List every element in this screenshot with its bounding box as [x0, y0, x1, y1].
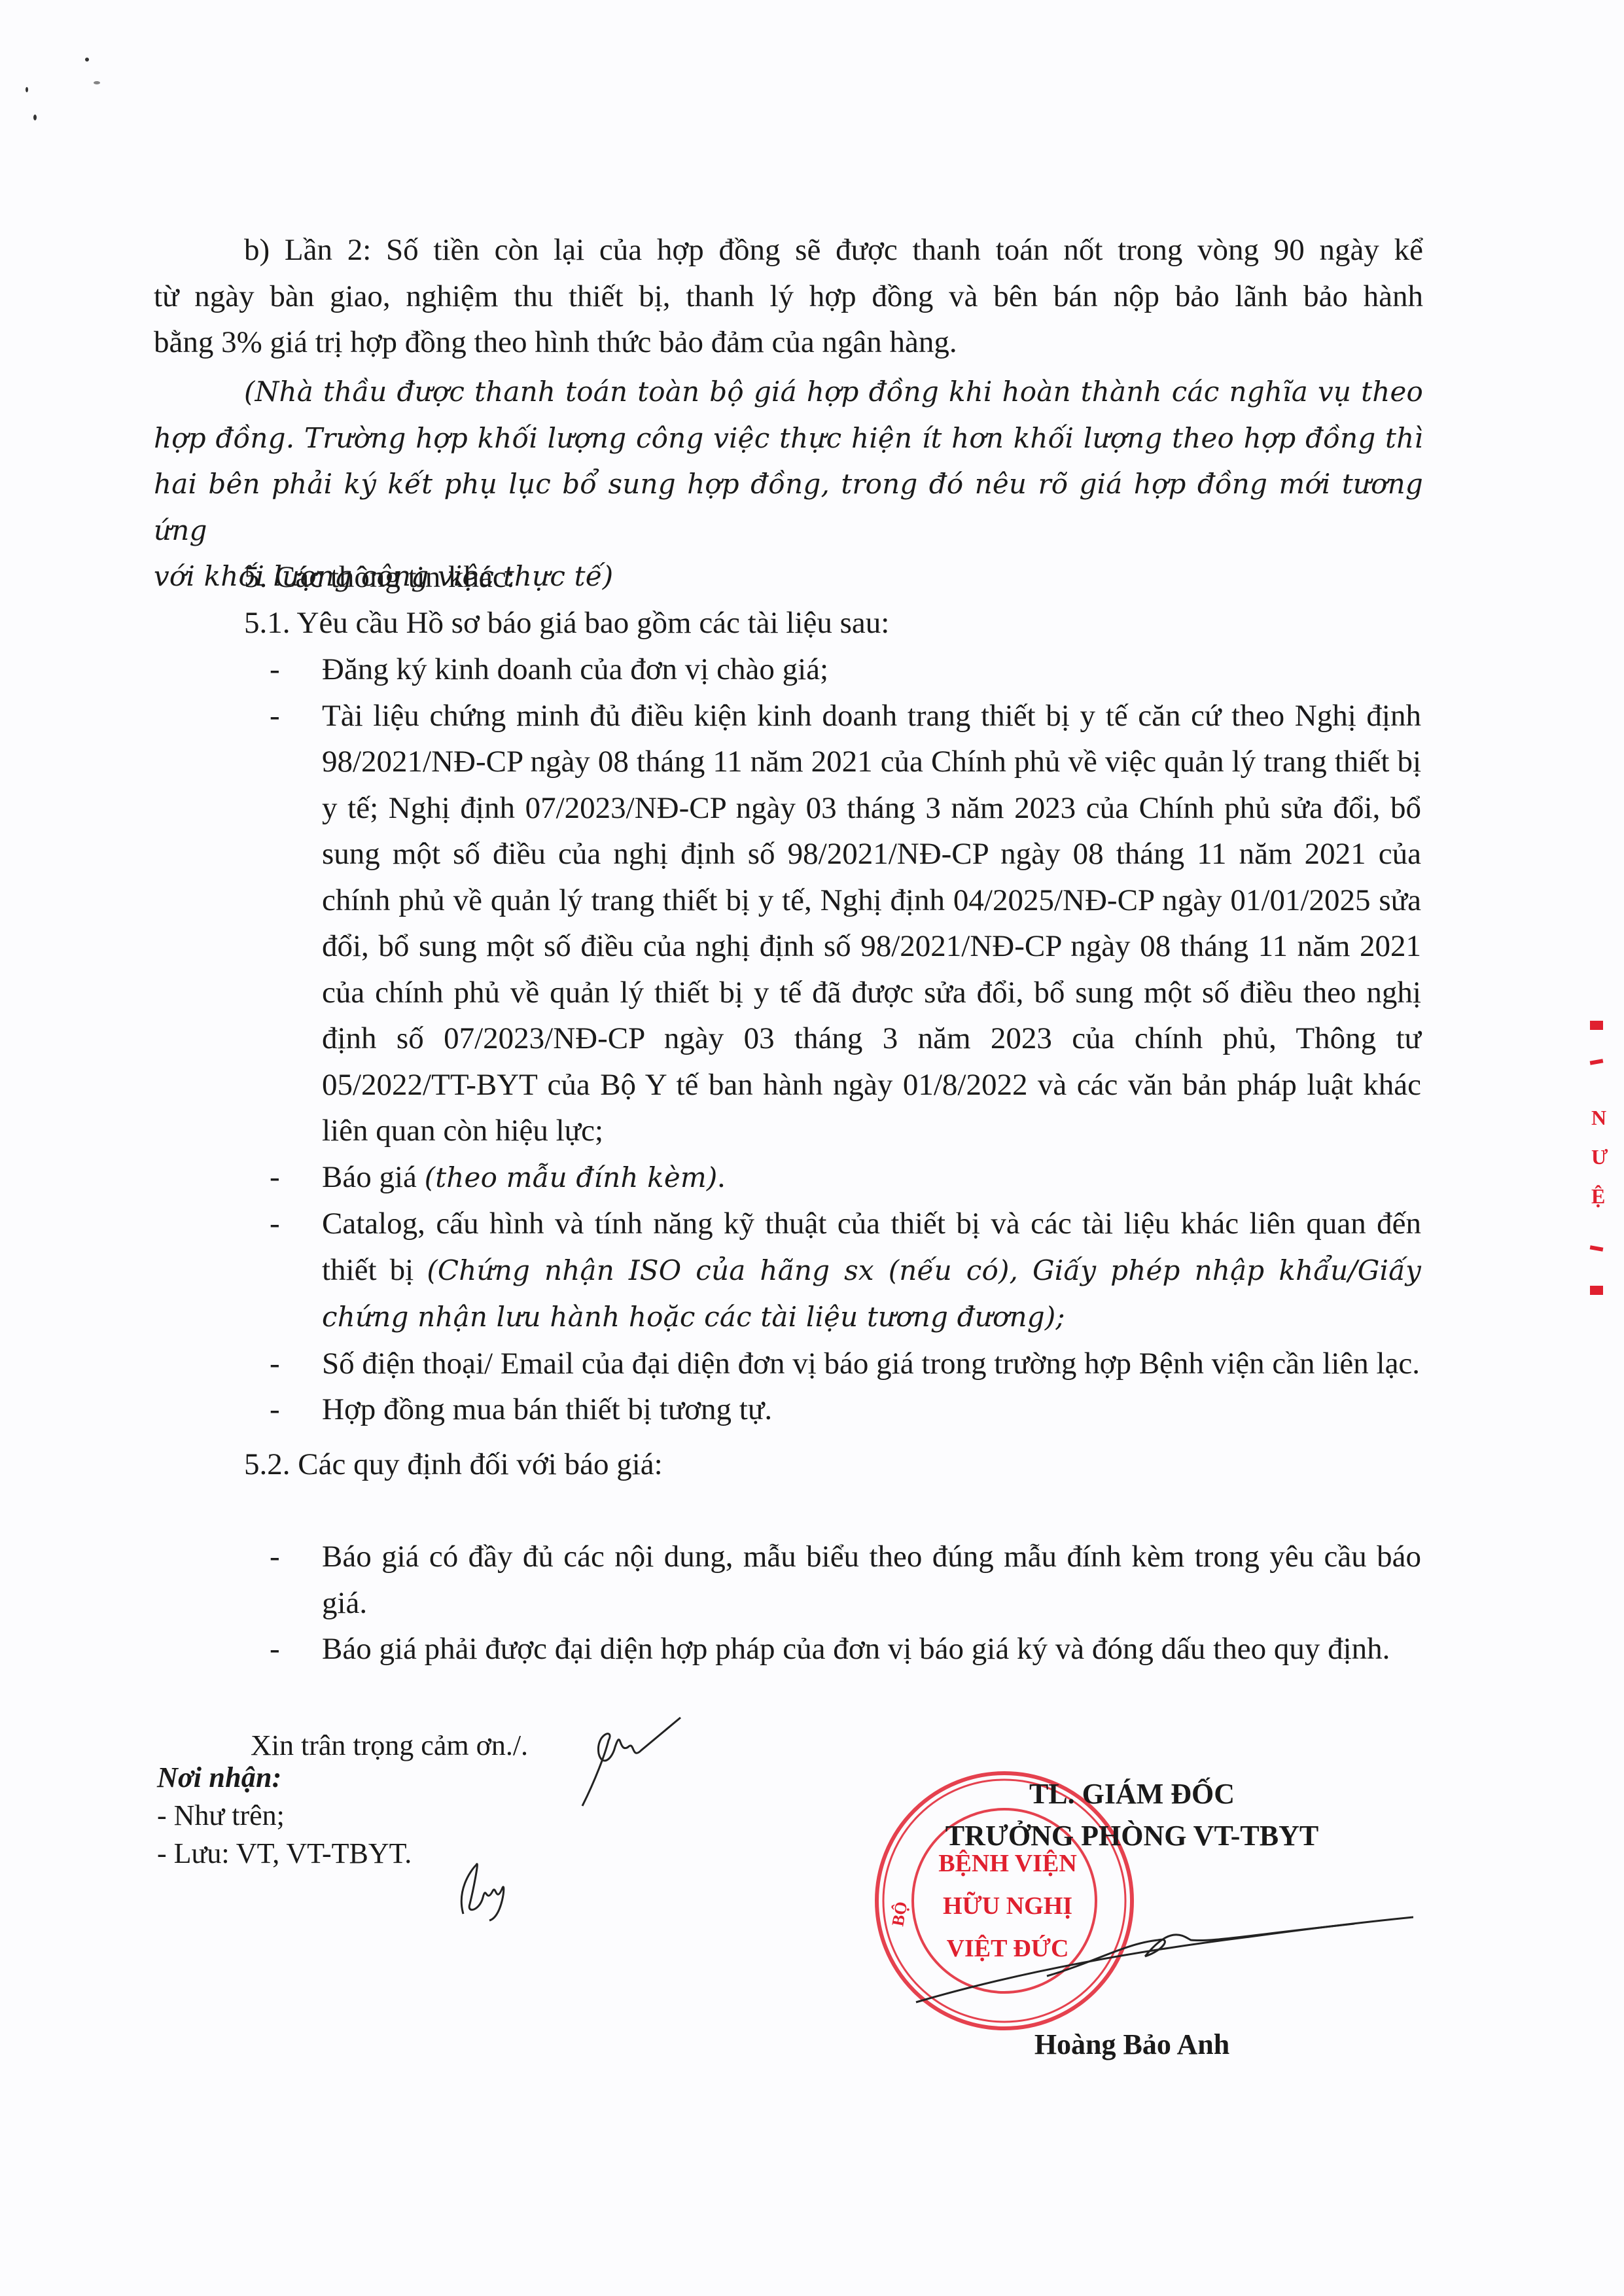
section-5-2-title: 5.2. Các quy định đối với báo giá:	[244, 1441, 663, 1488]
signer-name: Hoàng Bảo Anh	[864, 2022, 1400, 2068]
signer-title: TRƯỞNG PHÒNG VT-TBYT	[864, 1815, 1400, 1857]
bullet-dash: -	[270, 1154, 280, 1201]
section-5-1-title: 5.1. Yêu cầu Hồ sơ báo giá bao gồm các t…	[244, 600, 889, 646]
list-item: - Tài liệu chứng minh đủ điều kiện kinh …	[270, 693, 1421, 1154]
payment-note-line-2: hợp đồng. Trường hợp khối lượng công việ…	[154, 415, 1423, 462]
list-item: - Báo giá (theo mẫu đính kèm).	[270, 1154, 1421, 1201]
list-item: - Đăng ký kinh doanh của đơn vị chào giá…	[270, 646, 1421, 693]
bullet-dash: -	[270, 1341, 280, 1387]
list-item: - Hợp đồng mua bán thiết bị tương tự.	[270, 1386, 1421, 1433]
scan-speck	[94, 81, 100, 84]
recipients-block: Nơi nhận: - Như trên; - Lưu: VT, VT-TBYT…	[157, 1759, 412, 1873]
payment-note-line-3: hai bên phải ký kết phụ lục bổ sung hợp …	[154, 461, 1423, 554]
recipient-item: - Lưu: VT, VT-TBYT.	[157, 1835, 412, 1873]
list-item: - Báo giá có đầy đủ các nội dung, mẫu bi…	[270, 1534, 1421, 1626]
recipient-item: - Như trên;	[157, 1797, 412, 1835]
scan-speck	[85, 58, 89, 62]
document-page: b) Lần 2: Số tiền còn lại của hợp đồng s…	[0, 0, 1624, 2296]
bullet-dash: -	[270, 1201, 280, 1247]
bullet-dash: -	[270, 1534, 280, 1580]
list-item: - Catalog, cấu hình và tính năng kỹ thuậ…	[270, 1201, 1421, 1341]
scan-speck	[33, 115, 37, 120]
signature-block: TL. GIÁM ĐỐC TRƯỞNG PHÒNG VT-TBYT	[864, 1773, 1400, 1857]
section-5-title: 5. Các thông tin khác:	[244, 554, 515, 601]
paragraph-b-line-2: từ ngày bàn giao, nghiệm thu thiết bị, t…	[154, 274, 1423, 320]
section-5-2-list: - Báo giá có đầy đủ các nội dung, mẫu bi…	[270, 1534, 1421, 1672]
recipients-title: Nơi nhận:	[157, 1759, 412, 1797]
paragraph-b-line-3: bằng 3% giá trị hợp đồng theo hình thức …	[154, 319, 1423, 366]
bullet-dash: -	[270, 646, 280, 693]
section-5-1-list: - Đăng ký kinh doanh của đơn vị chào giá…	[270, 646, 1421, 1433]
clerk-signature	[450, 1852, 522, 1924]
list-item: - Số điện thoại/ Email của đại diện đơn …	[270, 1341, 1421, 1387]
payment-note-line-1: (Nhà thầu được thanh toán toàn bộ giá hợ…	[154, 369, 1423, 415]
director-signature	[896, 1911, 1413, 2009]
paragraph-b-line-1: b) Lần 2: Số tiền còn lại của hợp đồng s…	[154, 227, 1423, 274]
bullet-dash: -	[270, 693, 280, 739]
signer-authority: TL. GIÁM ĐỐC	[864, 1773, 1400, 1815]
list-item: - Báo giá phải được đại diện hợp pháp củ…	[270, 1626, 1421, 1672]
bullet-dash: -	[270, 1626, 280, 1672]
scan-speck	[26, 87, 28, 92]
bullet-dash: -	[270, 1386, 280, 1433]
paragraph-b: b) Lần 2: Số tiền còn lại của hợp đồng s…	[154, 227, 1423, 366]
edge-stamp-fragment: N Ư Ệ	[1577, 1021, 1616, 1309]
initials-signature	[569, 1714, 694, 1812]
